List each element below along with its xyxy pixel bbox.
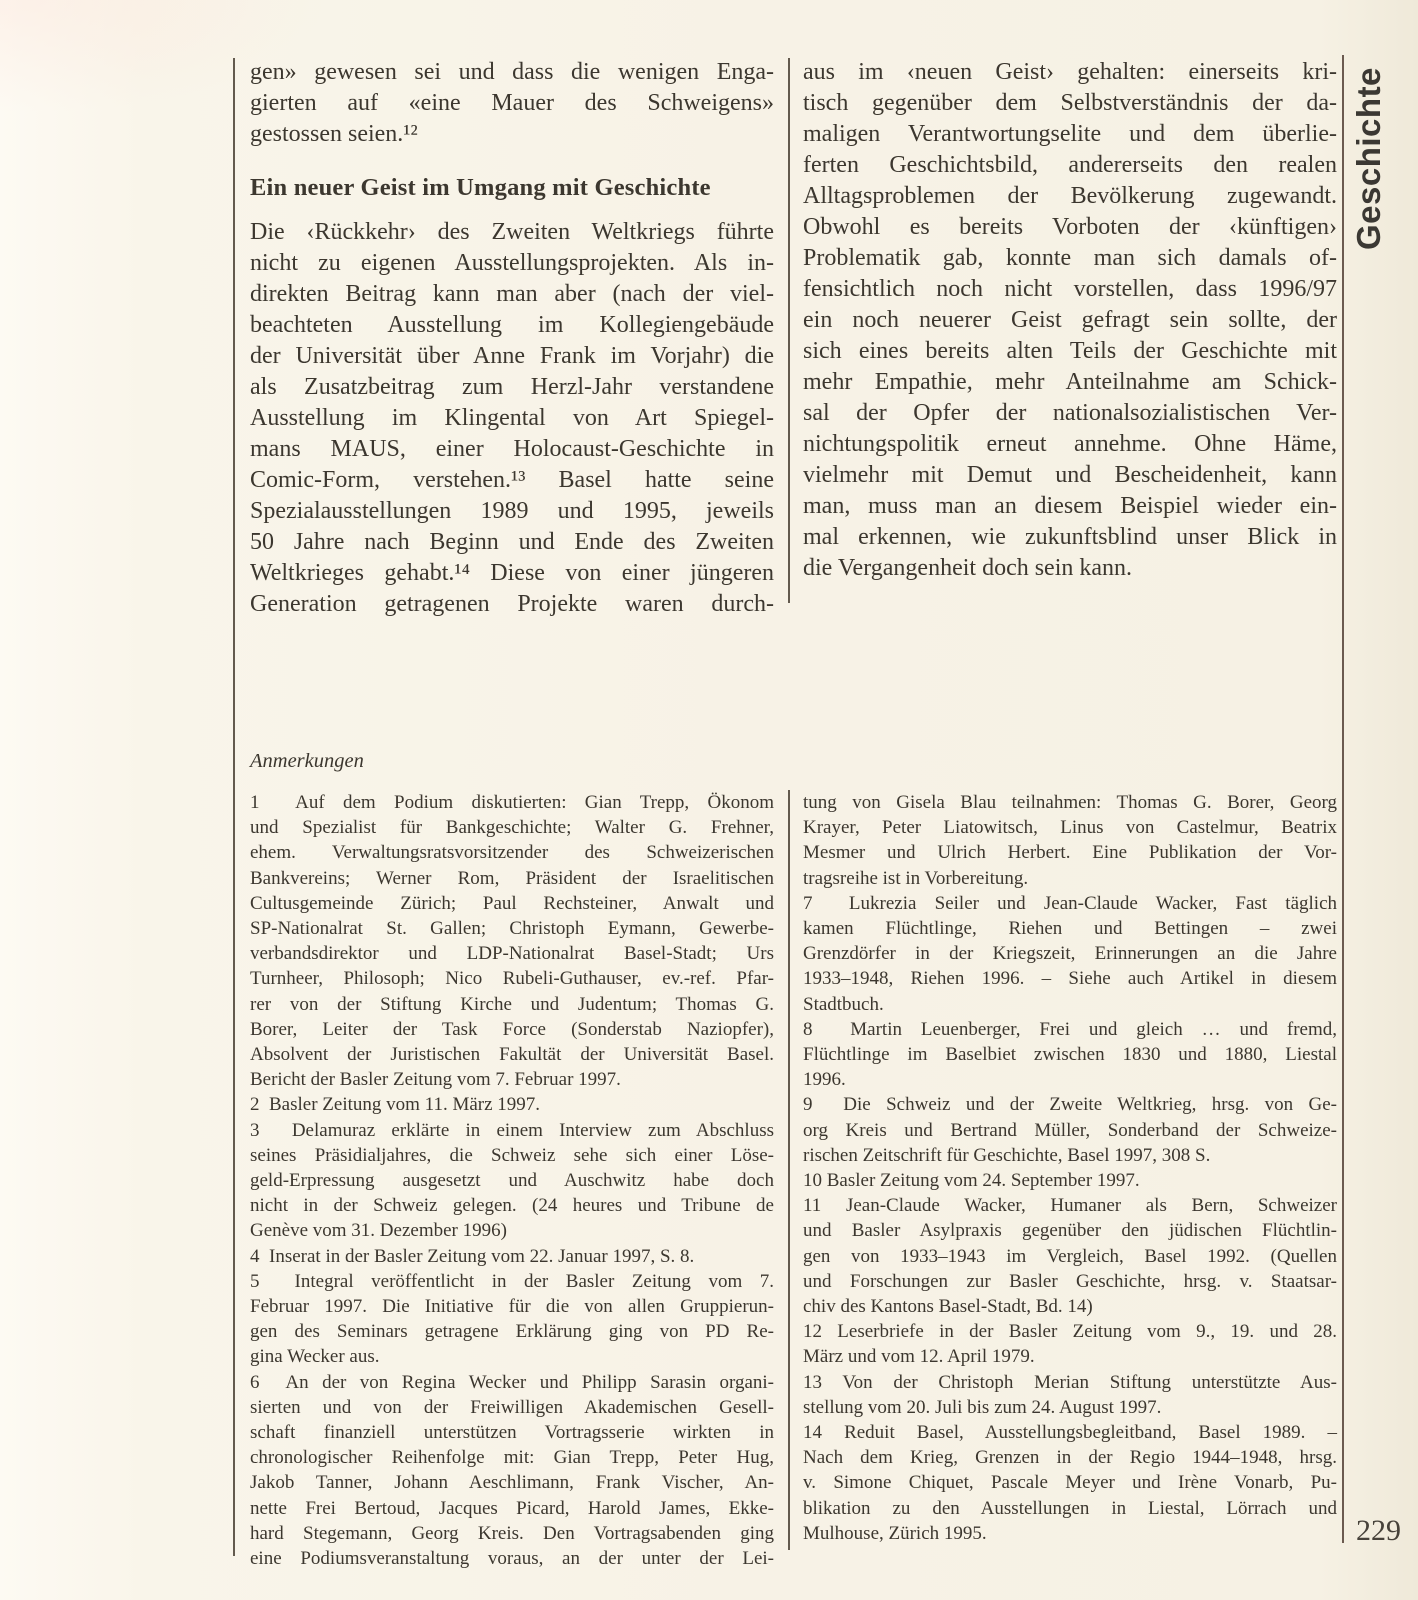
section-heading: Ein neuer Geist im Umgang mit Geschichte [250, 172, 774, 203]
page-number: 229 [1356, 1514, 1401, 1548]
footnote-7: 7 Lukrezia Seiler und Jean-Claude Wacker… [803, 891, 1337, 1017]
footnote-2: 2 Basler Zeitung vom 11. März 1997. [250, 1092, 774, 1117]
footnote-13: 13 Von der Christoph Merian Stiftung unt… [803, 1370, 1337, 1420]
footnote-12: 12 Leserbriefe in der Basler Zeitung vom… [803, 1319, 1337, 1369]
left-margin-rule [233, 58, 235, 1556]
footnotes-heading: Anmerkungen [250, 748, 364, 774]
main-text-left-column: gen» gewesen sei und dass die wenigen En… [250, 57, 774, 620]
footnote-8: 8 Martin Leuenberger, Frei und gleich … … [803, 1017, 1337, 1093]
footnote-9: 9 Die Schweiz und der Zweite Weltkrieg, … [803, 1092, 1337, 1168]
footnote-5: 5 Integral veröffentlicht in der Basler … [250, 1269, 774, 1370]
footnote-10: 10 Basler Zeitung vom 24. September 1997… [803, 1168, 1337, 1193]
notes-column-divider [788, 790, 790, 1550]
footnotes-right-column: tung von Gisela Blau teilnahmen: Thomas … [803, 790, 1337, 1546]
paragraph: Die ‹Rückkehr› des Zweiten Weltkriegs fü… [250, 217, 774, 620]
footnote-6: 6 An der von Regina Wecker und Philipp S… [250, 1370, 774, 1572]
footnote-4: 4 Inserat in der Basler Zeitung vom 22. … [250, 1244, 774, 1269]
footnote-1: 1 Auf dem Podium diskutierten: Gian Trep… [250, 790, 774, 1092]
chapter-tab-label: Geschichte [1350, 50, 1394, 250]
paragraph-continuation: aus im ‹neuen Geist› gehalten: einerseit… [803, 57, 1337, 584]
paragraph-continuation: gen» gewesen sei und dass die wenigen En… [250, 57, 774, 150]
footnote-14: 14 Reduit Basel, Ausstellungsbegleitband… [803, 1420, 1337, 1546]
footnotes-left-column: 1 Auf dem Podium diskutierten: Gian Trep… [250, 790, 774, 1571]
footnote-11: 11 Jean-Claude Wacker, Humaner als Bern,… [803, 1193, 1337, 1319]
scanned-book-page: gen» gewesen sei und dass die wenigen En… [0, 0, 1418, 1600]
main-column-divider [788, 58, 790, 603]
right-margin-rule [1342, 55, 1344, 1543]
footnote-3: 3 Delamuraz erklärte in einem Interview … [250, 1118, 774, 1244]
main-text-right-column: aus im ‹neuen Geist› gehalten: einerseit… [803, 57, 1337, 584]
footnote-6-continuation: tung von Gisela Blau teilnahmen: Thomas … [803, 790, 1337, 891]
